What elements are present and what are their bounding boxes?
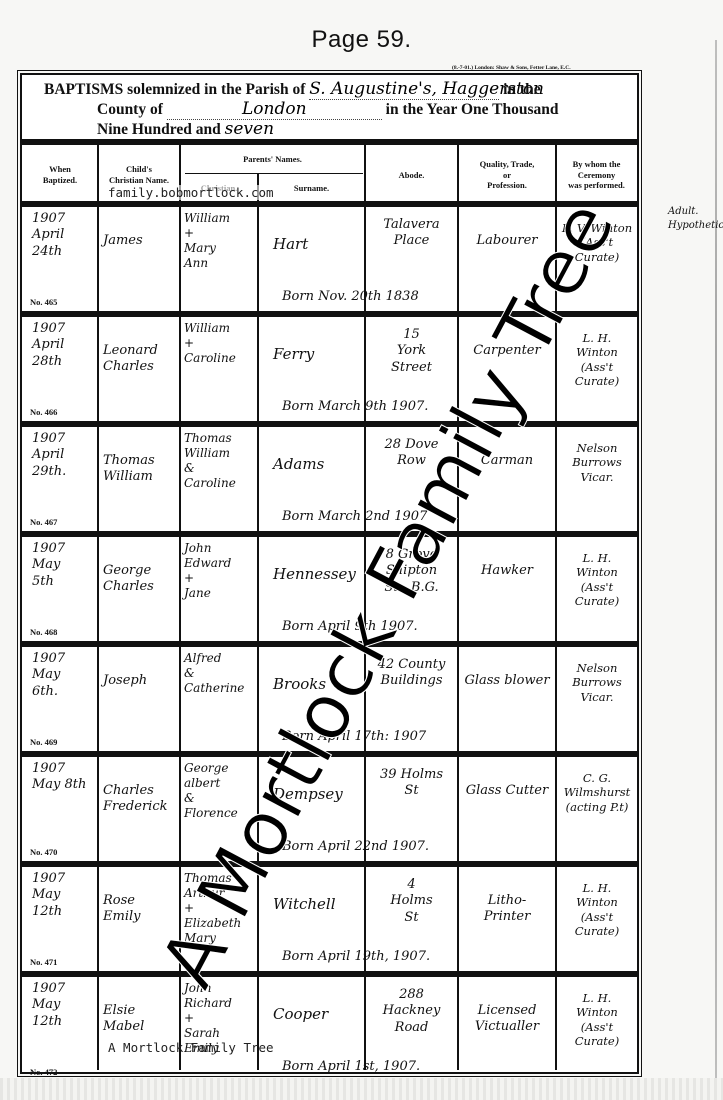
when-baptized-cell: 1907 May 12th	[22, 867, 98, 971]
by-whom-cell: Nelson Burrows Vicar.	[557, 427, 637, 531]
child-name-cell: Thomas William	[99, 427, 179, 531]
register-entry: 1907 May 8th No. 470 Charles Frederick G…	[22, 757, 637, 861]
register-entry: 1907 May 5th No. 468 George Charles John…	[22, 537, 637, 641]
by-whom-cell: C. G. Wilmshurst (acting P.t)	[557, 757, 637, 861]
register-entry: 1907 May 12th No. 472 Elsie Mabel John R…	[22, 977, 637, 1081]
by-whom-cell: L. H. Winton (Ass't Curate)	[557, 867, 637, 971]
born-note: Born Nov. 20th 1838	[282, 289, 419, 304]
year-word: seven	[225, 119, 425, 140]
heading-text: County of	[97, 101, 163, 118]
parents-christian-cell: Thomas William & Caroline	[180, 427, 257, 531]
child-name-cell: Joseph	[99, 647, 179, 751]
born-note: Born April 19th, 1907.	[282, 949, 430, 964]
col-parents-names: Parents' Names.	[180, 147, 365, 171]
entry-number: No. 465	[30, 297, 57, 307]
parents-christian-cell: Thomas Arthur + Elizabeth Mary	[180, 867, 257, 971]
when-baptized-cell: 1907 May 12th	[22, 977, 98, 1081]
quality-cell: Labourer	[459, 207, 555, 311]
county-name: London	[167, 99, 382, 120]
col-by-whom: By whom the Ceremony was performed.	[556, 147, 637, 203]
url-watermark: family.bobmortlock.com	[108, 185, 274, 200]
quality-cell: Carpenter	[459, 317, 555, 421]
quality-cell: Hawker	[459, 537, 555, 641]
born-note: Born April 22nd 1907.	[282, 839, 429, 854]
heading-line-1: BAPTISMS solemnized in the Parish of S. …	[44, 79, 541, 100]
quality-cell: Carman	[459, 427, 555, 531]
heading-line-2: County of London in the Year One Thousan…	[97, 99, 559, 120]
entry-number: No. 468	[30, 627, 57, 637]
col-parents-surname: Surname.	[258, 173, 365, 203]
register-heading: BAPTISMS solemnized in the Parish of S. …	[22, 75, 637, 141]
by-whom-cell: L. V. Winton (Ass't Curate)	[557, 207, 637, 311]
quality-cell: Licensed Victualler	[459, 977, 555, 1081]
parents-christian-cell: John Edward + Jane	[180, 537, 257, 641]
footer-watermark: A Mortlock Family Tree	[108, 1040, 274, 1055]
parents-christian-cell: William + Caroline	[180, 317, 257, 421]
when-baptized-cell: 1907 May 6th.	[22, 647, 98, 751]
scan-margin	[0, 1078, 723, 1100]
heading-text: in the Year One Thousand	[386, 101, 559, 118]
born-note: Born April 9th 1907.	[282, 619, 418, 634]
when-baptized-cell: 1907 April 29th.	[22, 427, 98, 531]
born-note: Born March 2nd 1907	[282, 509, 427, 524]
parents-christian-cell: William + Mary Ann	[180, 207, 257, 311]
heading-divider	[22, 139, 637, 145]
page-title: Page 59.	[0, 26, 723, 54]
by-whom-cell: L. H. Winton (Ass't Curate)	[557, 537, 637, 641]
quality-cell: Glass blower	[459, 647, 555, 751]
child-name-cell: Elsie Mabel	[99, 977, 179, 1081]
heading-line-3: Nine Hundred and seven	[97, 119, 425, 140]
col-when-baptized: When Baptized.	[22, 147, 98, 203]
col-quality: Quality, Trade, or Profession.	[458, 147, 556, 203]
heading-text: Nine Hundred and	[97, 121, 221, 138]
heading-text: in the	[503, 81, 540, 98]
parents-christian-cell: George albert & Florence	[180, 757, 257, 861]
margin-note: Adult. Hypothetical.	[668, 205, 723, 233]
page-edge-shadow	[715, 40, 717, 1080]
by-whom-cell: Nelson Burrows Vicar.	[557, 647, 637, 751]
col-abode: Abode.	[365, 147, 458, 203]
child-name-cell: George Charles	[99, 537, 179, 641]
child-name-cell: Rose Emily	[99, 867, 179, 971]
register-entry: 1907 May 12th No. 471 Rose Emily Thomas …	[22, 867, 637, 971]
entry-number: No. 467	[30, 517, 57, 527]
parish-name: S. Augustine's, Haggerston	[309, 79, 499, 100]
register-entry: 1907 April 29th. No. 467 Thomas William …	[22, 427, 637, 531]
when-baptized-cell: 1907 April 28th	[22, 317, 98, 421]
parents-christian-cell: Alfred & Catherine	[180, 647, 257, 751]
child-name-cell: Leonard Charles	[99, 317, 179, 421]
entry-number: No. 469	[30, 737, 57, 747]
born-note: Born March 9th 1907.	[282, 399, 428, 414]
child-name-cell: James	[99, 207, 179, 311]
quality-cell: Glass Cutter	[459, 757, 555, 861]
born-note: Born April 17th: 1907	[282, 729, 426, 744]
entry-number: No. 471	[30, 957, 57, 967]
heading-text: BAPTISMS solemnized in the Parish of	[44, 81, 305, 98]
parents-christian-cell: John Richard + Sarah Emily	[180, 977, 257, 1081]
entry-number: No. 466	[30, 407, 57, 417]
register-entry: 1907 April 24th No. 465 James William + …	[22, 207, 637, 311]
quality-cell: Litho- Printer	[459, 867, 555, 971]
born-note: Born April 1st, 1907.	[282, 1059, 420, 1074]
printer-imprint: (8.-7-01.) London: Shaw & Sons, Fetter L…	[452, 65, 571, 71]
when-baptized-cell: 1907 May 8th	[22, 757, 98, 861]
register-entry: 1907 April 28th No. 466 Leonard Charles …	[22, 317, 637, 421]
baptism-register: BAPTISMS solemnized in the Parish of S. …	[20, 73, 639, 1074]
entry-number: No. 472	[30, 1067, 57, 1077]
by-whom-cell: L. H. Winton (Ass't Curate)	[557, 317, 637, 421]
entry-number: No. 470	[30, 847, 57, 857]
child-name-cell: Charles Frederick	[99, 757, 179, 861]
by-whom-cell: L. H. Winton (Ass't Curate)	[557, 977, 637, 1081]
when-baptized-cell: 1907 May 5th	[22, 537, 98, 641]
register-entry: 1907 May 6th. No. 469 Joseph Alfred & Ca…	[22, 647, 637, 751]
when-baptized-cell: 1907 April 24th	[22, 207, 98, 311]
